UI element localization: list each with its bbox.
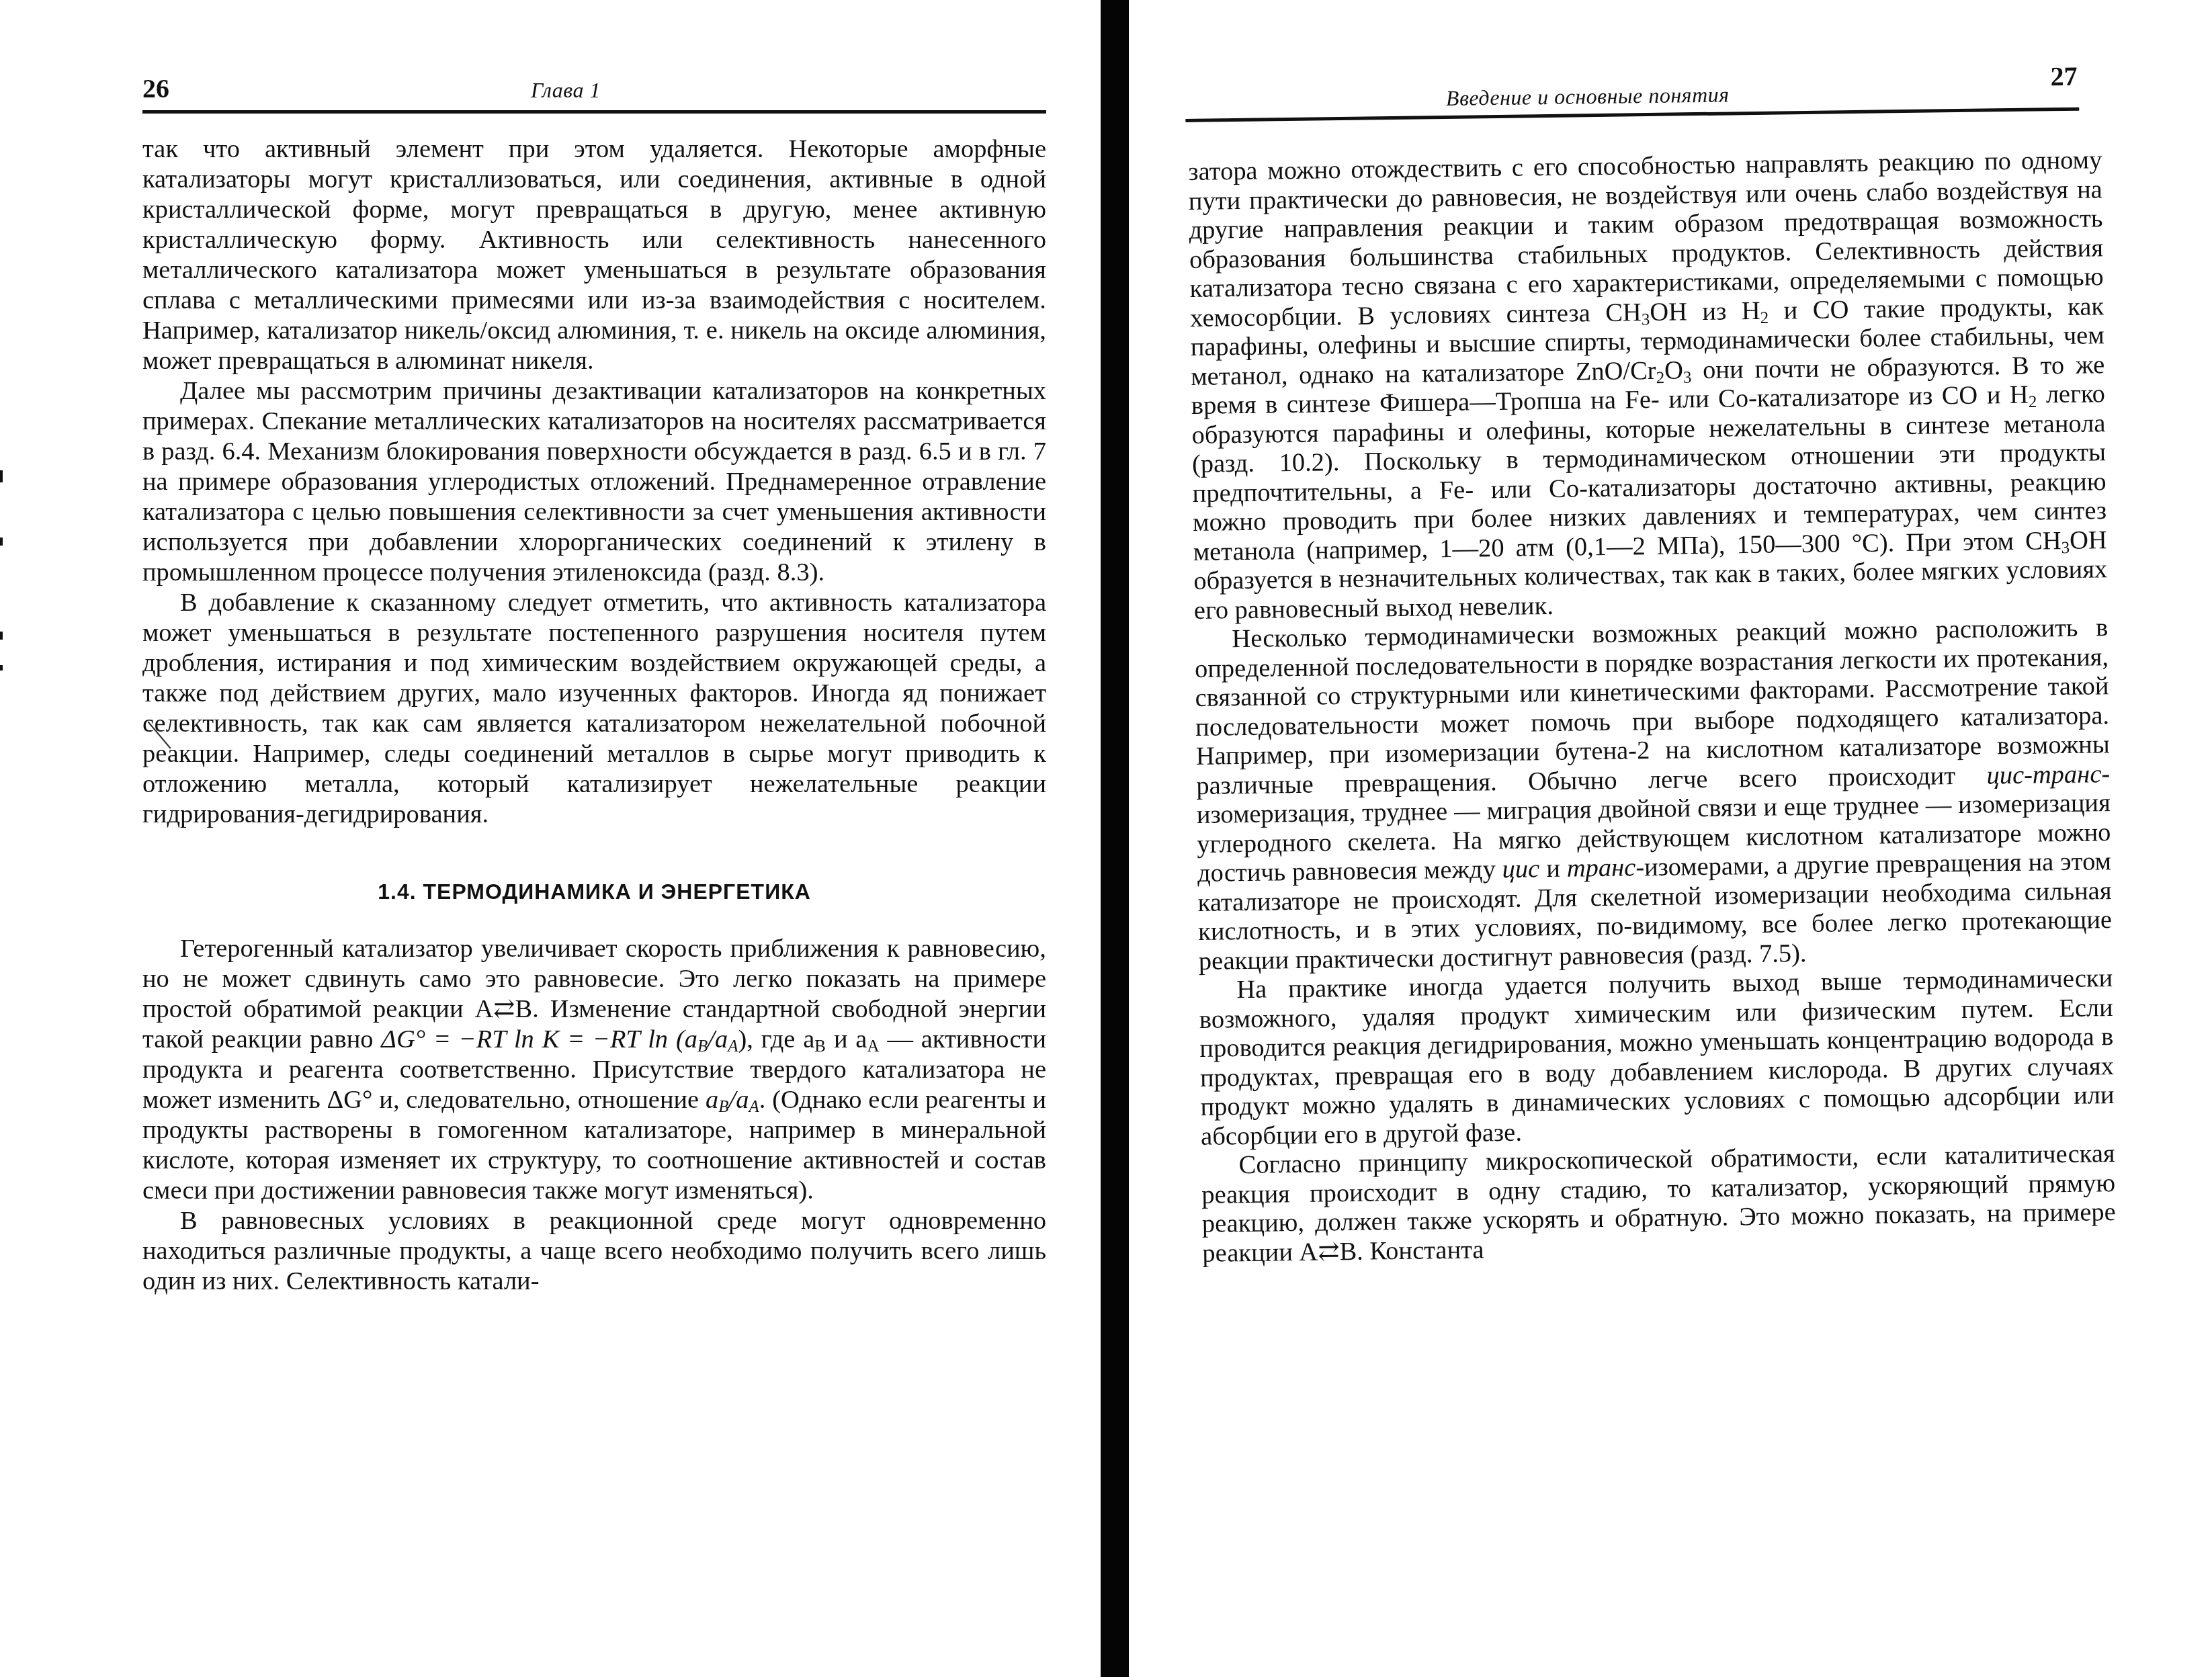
paragraph: так что активный элемент при этом удаляе… <box>142 134 1046 376</box>
running-head: Введение и основные понятия <box>1446 83 1730 109</box>
paragraph: Согласно принципу микроскопической обрат… <box>1201 1139 2116 1268</box>
paragraph: На практике иногда удается получить выхо… <box>1199 964 2115 1152</box>
right-page: Введение и основные понятия 27 затора мо… <box>1136 0 2212 1677</box>
page-number: 27 <box>2050 63 2078 91</box>
header-rule <box>142 110 1046 114</box>
right-body-text: затора можно отождествить с его способно… <box>1188 146 2117 1268</box>
header-rule <box>1185 107 2079 122</box>
paragraph: затора можно отождествить с его способно… <box>1188 146 2108 626</box>
paragraph: Гетерогенный катализатор увеличивает ско… <box>142 934 1046 1206</box>
section-heading: 1.4. ТЕРМОДИНАМИКА И ЭНЕРГЕТИКА <box>142 877 1046 907</box>
page-number: 26 <box>142 75 169 102</box>
left-body-text: так что активный элемент при этом удаляе… <box>142 134 1046 1297</box>
scan-speck <box>0 665 3 671</box>
book-gutter <box>1101 0 1129 1677</box>
scan-speck <box>0 632 3 640</box>
paragraph: Несколько термодинамически возможных реа… <box>1194 613 2113 976</box>
running-head: Глава 1 <box>531 79 601 101</box>
left-page: 26 Глава 1 так что активный элемент при … <box>0 0 1089 1677</box>
scan-speck <box>0 537 3 546</box>
paragraph: В добавление к сказанному следует отмети… <box>142 588 1046 830</box>
paragraph: В равновесных условиях в реакционной сре… <box>142 1206 1046 1297</box>
paragraph: Далее мы рассмотрим причины дезактивации… <box>142 376 1046 588</box>
scan-speck <box>0 470 3 482</box>
formula: ΔG° = −RT ln K = −RT ln (a <box>381 1025 697 1053</box>
